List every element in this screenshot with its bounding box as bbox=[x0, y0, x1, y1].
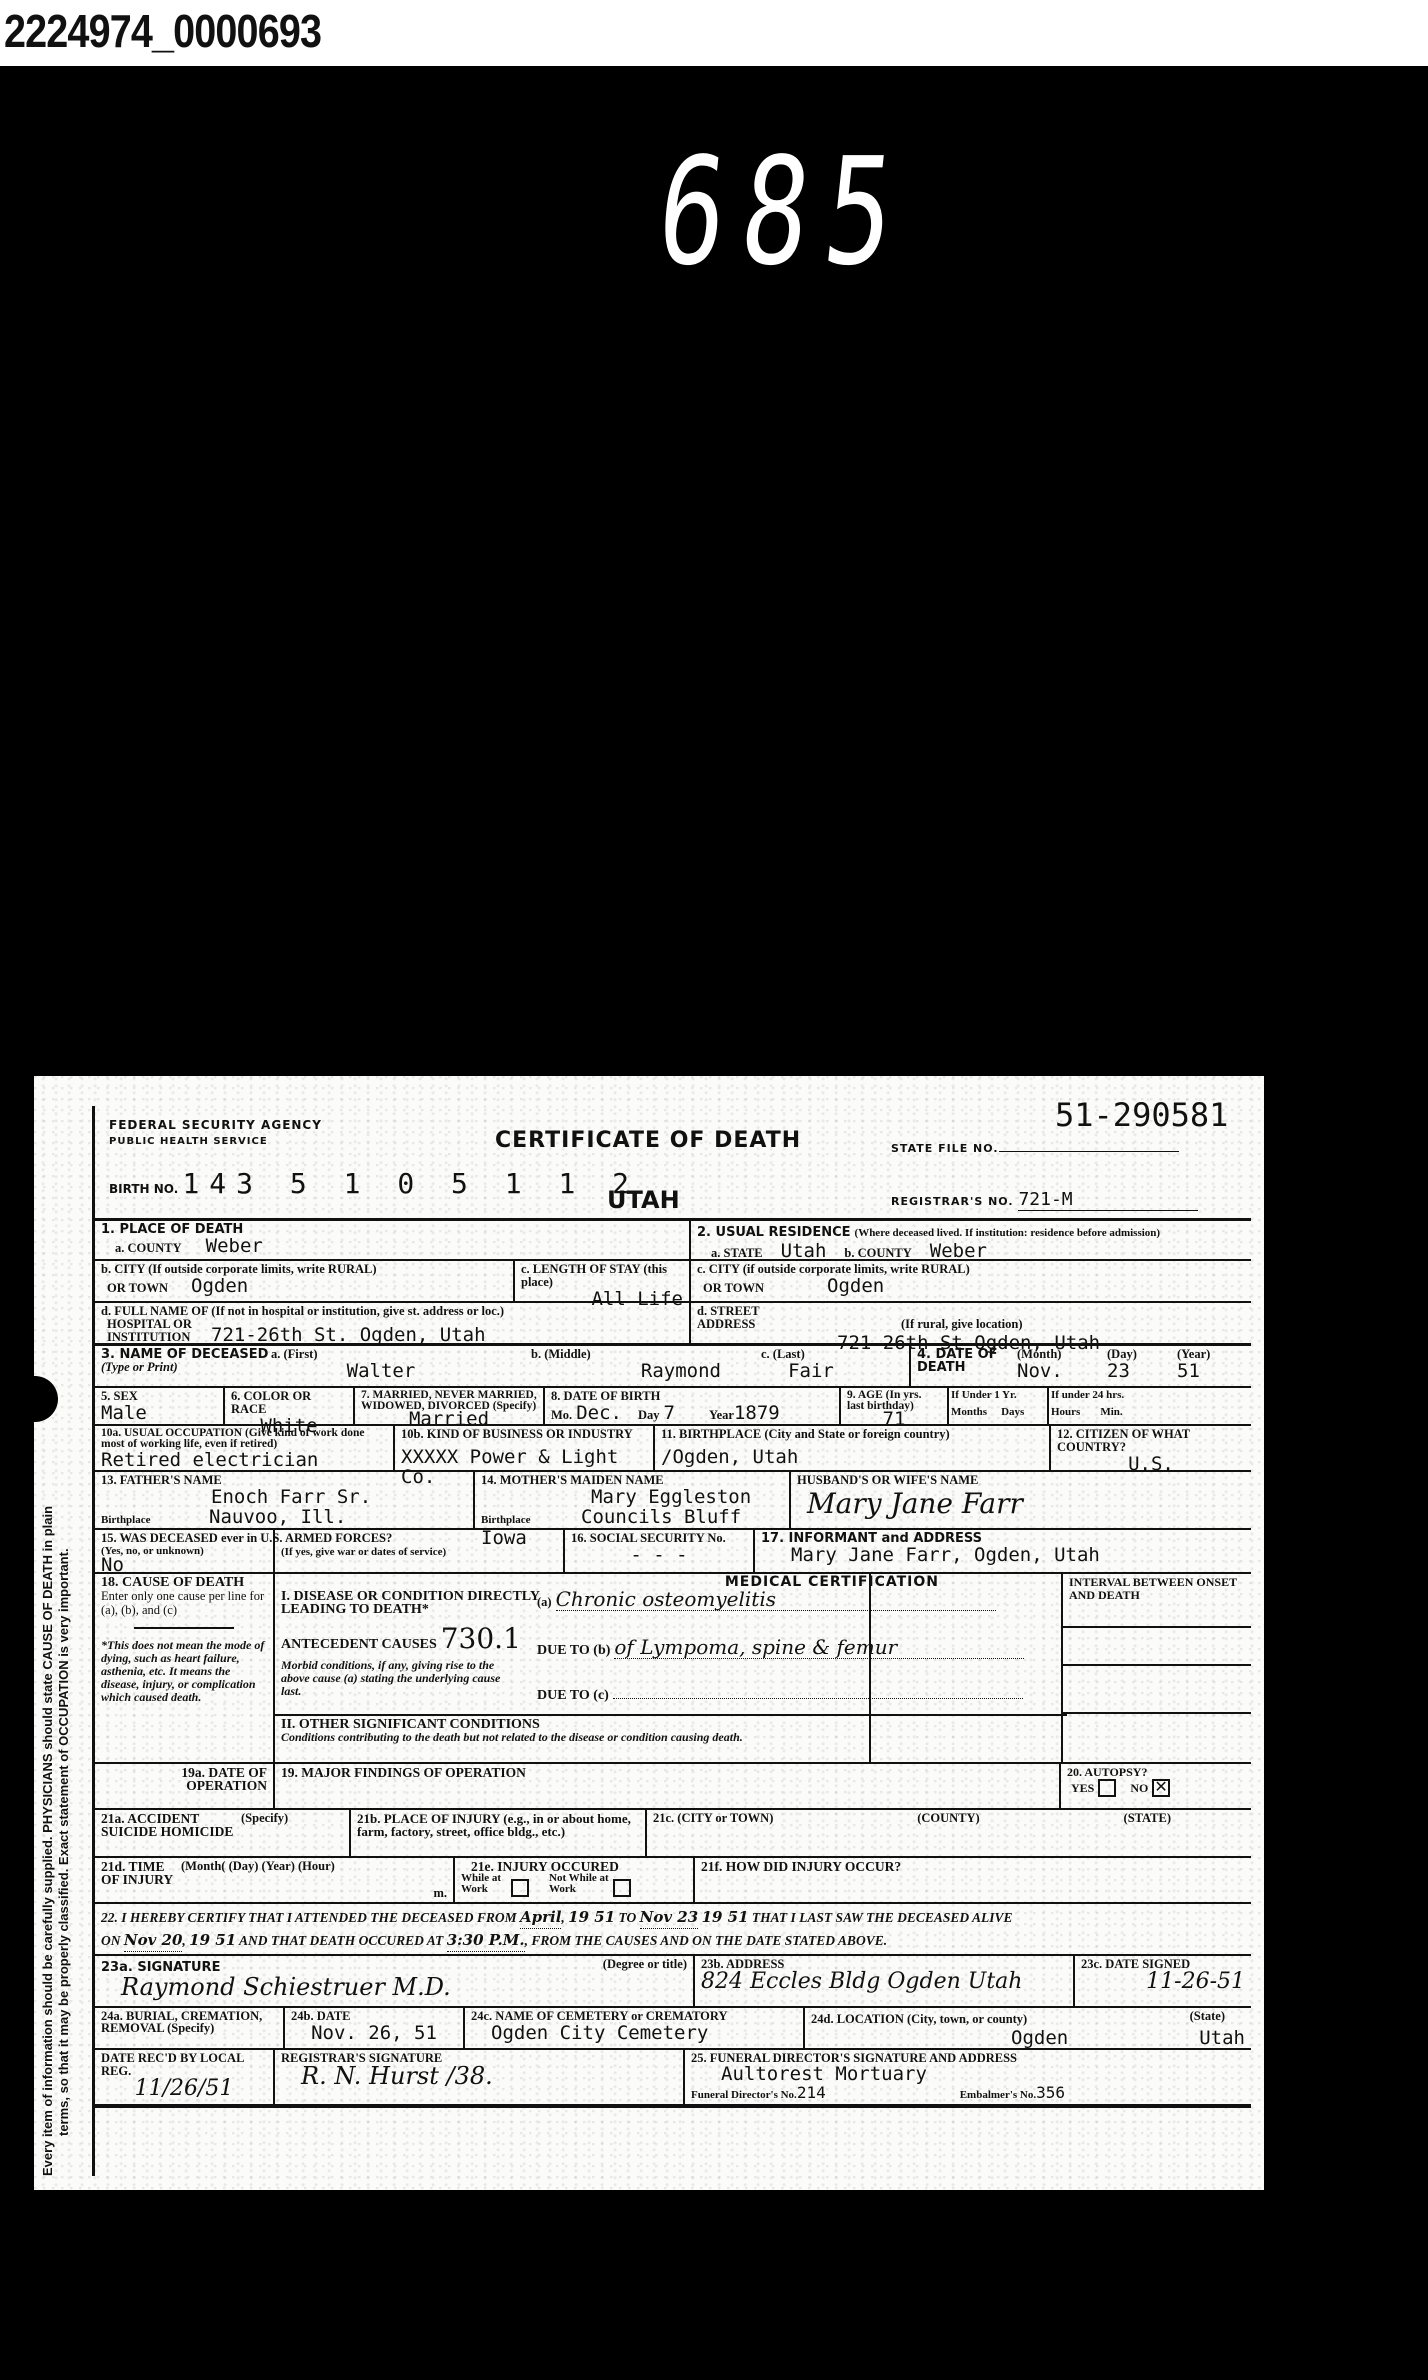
registrars-number: REGISTRAR'S NO. 721-M bbox=[891, 1190, 1198, 1211]
armed-forces-label: 15. WAS DECEASED ever in U.S. ARMED FORC… bbox=[101, 1532, 267, 1545]
birthplace-value: /Ogden, Utah bbox=[661, 1441, 1043, 1467]
registrar-signature: R. N. Hurst /38. bbox=[281, 2065, 677, 2087]
cause-code: 730.1 bbox=[441, 1622, 521, 1655]
agency-header: FEDERAL SECURITY AGENCY PUBLIC HEALTH SE… bbox=[109, 1118, 322, 1147]
father-name: Enoch Farr Sr. bbox=[101, 1487, 467, 1507]
residence-state-label: a. STATE bbox=[697, 1246, 763, 1260]
under-24-hours-label: If under 24 hrs. bbox=[1051, 1389, 1149, 1402]
burial-date: Nov. 26, 51 bbox=[291, 2023, 457, 2043]
citizenship-label: 12. CITIZEN OF WHAT COUNTRY? bbox=[1057, 1428, 1245, 1454]
service-dates-cell: (If yes, give war or dates of service) bbox=[275, 1530, 565, 1572]
father-birthplace: Nauvoo, Ill. bbox=[209, 1506, 346, 1528]
certify-statement-1: 22. I HEREBY CERTIFY THAT I ATTENDED THE… bbox=[101, 1910, 517, 1925]
hospital-name: 721-26th St. Ogden, Utah bbox=[211, 1324, 486, 1346]
autopsy-yes-checkbox[interactable] bbox=[1098, 1779, 1116, 1797]
cause-spacer bbox=[871, 1574, 1061, 1762]
last-name: Fair bbox=[721, 1361, 901, 1381]
citizenship-cell: 12. CITIZEN OF WHAT COUNTRY?U.S. bbox=[1051, 1426, 1251, 1470]
first-name: Walter bbox=[271, 1361, 491, 1381]
degree-label: (Degree or title) bbox=[603, 1958, 687, 1971]
days-label: Days bbox=[991, 1406, 1024, 1418]
service-name: PUBLIC HEALTH SERVICE bbox=[109, 1136, 322, 1147]
registrar-signature-cell: REGISTRAR'S SIGNATURE R. N. Hurst /38. bbox=[275, 2050, 685, 2104]
physician-address: 824 Eccles Bldg Ogden Utah bbox=[701, 1971, 1067, 1993]
physician-address-cell: 23b. ADDRESS 824 Eccles Bldg Ogden Utah bbox=[695, 1956, 1075, 2006]
last-seen-year: 19 51 bbox=[189, 1931, 236, 1949]
registrars-no-value: 721-M bbox=[1018, 1190, 1198, 1211]
burial-city: Ogden bbox=[811, 2027, 1068, 2049]
state-file-label: STATE FILE NO. bbox=[891, 1142, 999, 1155]
operation-date-cell: 19a. DATE OF OPERATION bbox=[95, 1764, 275, 1808]
cause-footnote: *This does not mean the mode of dying, s… bbox=[101, 1639, 267, 1704]
birth-month-label: Mo. bbox=[551, 1408, 572, 1422]
autopsy-no-label: NO bbox=[1124, 1781, 1148, 1795]
cause-b-label: DUE TO (b) bbox=[537, 1643, 610, 1658]
disease-condition-label: I. DISEASE OR CONDITION DIRECTLY LEADING… bbox=[281, 1590, 541, 1616]
mother-birthplace-label: Birthplace bbox=[481, 1514, 581, 1527]
time-of-injury-cell: 21d. TIME OF INJURY (Month( (Day) (Year)… bbox=[95, 1858, 455, 1902]
date-of-birth-cell: 8. DATE OF BIRTH Mo. Dec. Day 7 Year1879 bbox=[545, 1388, 841, 1424]
accident-type-label: 21a. ACCIDENT SUICIDE HOMICIDE bbox=[101, 1812, 241, 1854]
residence-city-cell: c. CITY (if outside corporate limits, wr… bbox=[691, 1261, 1251, 1301]
director-no: 214 bbox=[797, 2083, 826, 2102]
spouse-label: HUSBAND'S OR WIFE'S NAME bbox=[797, 1474, 1245, 1487]
race-label: 6. COLOR OR RACE bbox=[231, 1390, 347, 1416]
residence-city-sublabel: OR TOWN bbox=[697, 1282, 783, 1295]
place-of-injury-label: 21b. PLACE OF INJURY (e.g., in or about … bbox=[357, 1812, 639, 1838]
physician-signature-cell: 23a. SIGNATURE (Degree or title) Raymond… bbox=[95, 1956, 695, 2006]
deceased-name-cell: 3. NAME OF DECEASED (Type or Print) a. (… bbox=[95, 1346, 911, 1386]
cause-instructions-cell: 18. CAUSE OF DEATH Enter only one cause … bbox=[95, 1574, 275, 1762]
certify-statement-3: AND THAT DEATH OCCURED AT bbox=[239, 1933, 443, 1948]
death-city: Ogden bbox=[191, 1275, 248, 1297]
cause-instruction: Enter only one cause per line for (a), (… bbox=[101, 1589, 267, 1617]
death-city-label: b. CITY (If outside corporate limits, wr… bbox=[101, 1263, 507, 1276]
service-dates-label: (If yes, give war or dates of service) bbox=[281, 1532, 557, 1559]
injury-state-label: (STATE) bbox=[1124, 1812, 1171, 1854]
state-file-number: STATE FILE NO. bbox=[891, 1142, 1241, 1155]
months-label: Months bbox=[951, 1406, 987, 1418]
antecedent-causes-label: ANTECEDENT CAUSES bbox=[281, 1637, 437, 1652]
residence-city: Ogden bbox=[787, 1275, 884, 1297]
hours-label: Hours bbox=[1051, 1406, 1080, 1418]
length-of-stay-label: c. LENGTH OF STAY (this place) bbox=[521, 1263, 683, 1289]
birth-month: Dec. bbox=[576, 1402, 622, 1424]
street-note: (If rural, give location) bbox=[821, 1317, 1023, 1331]
cemetery-cell: 24c. NAME OF CEMETERY or CREMATORYOgden … bbox=[465, 2008, 805, 2048]
spouse-cell: HUSBAND'S OR WIFE'S NAME Mary Jane Farr bbox=[791, 1472, 1251, 1528]
residence-county: Weber bbox=[916, 1240, 987, 1262]
occupation-cell: 10a. USUAL OCCUPATION (Give kind of work… bbox=[95, 1426, 395, 1470]
medical-certification-cell: MEDICAL CERTIFICATION I. DISEASE OR COND… bbox=[275, 1574, 871, 1762]
death-city-sublabel: OR TOWN bbox=[101, 1282, 187, 1295]
date-of-death-cell: 4. DATE OF DEATH (Month)Nov. (Day)23 (Ye… bbox=[911, 1346, 1251, 1386]
length-of-stay-cell: c. LENGTH OF STAY (this place) All Life bbox=[515, 1261, 691, 1301]
side-note-line-1: Every item of information should be care… bbox=[40, 1506, 55, 2176]
how-injury-cell: 21f. HOW DID INJURY OCCUR? bbox=[695, 1858, 1251, 1902]
time-columns-label: (Month( (Day) (Year) (Hour) bbox=[181, 1860, 433, 1900]
occupation-value: Retired electrician bbox=[101, 1450, 387, 1470]
injury-city-label: 21c. (CITY or TOWN) bbox=[653, 1812, 773, 1854]
on-label: ON bbox=[101, 1933, 121, 1948]
state-name: UTAH bbox=[607, 1186, 680, 1214]
ssn-value: - - - bbox=[571, 1545, 747, 1565]
autopsy-yes-label: YES bbox=[1067, 1781, 1094, 1795]
race-cell: 6. COLOR OR RACEWhite bbox=[225, 1388, 355, 1424]
business-cell: 10b. KIND OF BUSINESS OR INDUSTRYXXXXX P… bbox=[395, 1426, 655, 1470]
morbid-conditions-note: Morbid conditions, if any, giving rise t… bbox=[281, 1659, 501, 1698]
date-received-label: DATE REC'D BY LOCAL REG. bbox=[101, 2052, 267, 2078]
age-cell: 9. AGE (In yrs. last birthday)71 bbox=[841, 1388, 949, 1424]
occupation-label: 10a. USUAL OCCUPATION (Give kind of work… bbox=[101, 1428, 387, 1450]
birthplace-cell: 11. BIRTHPLACE (City and State or foreig… bbox=[655, 1426, 1051, 1470]
time-of-death: 3:30 P.M. bbox=[447, 1929, 525, 1952]
injury-occurred-cell: 21e. INJURY OCCURED While at Work Not Wh… bbox=[455, 1858, 695, 1902]
frame-number: 685 bbox=[650, 126, 918, 298]
informant-value: Mary Jane Farr, Ogden, Utah bbox=[761, 1545, 1245, 1565]
armed-forces-value: No bbox=[101, 1558, 267, 1572]
sex-cell: 5. SEXMale bbox=[95, 1388, 225, 1424]
county-label: a. COUNTY bbox=[101, 1241, 182, 1255]
attended-to: Nov 23 bbox=[640, 1906, 699, 1929]
injury-location-cell: 21c. (CITY or TOWN) (COUNTY) (STATE) bbox=[647, 1810, 1251, 1856]
cause-of-death-label: 18. CAUSE OF DEATH bbox=[101, 1576, 267, 1589]
age-value: 71 bbox=[847, 1412, 941, 1426]
death-month: Nov. bbox=[1017, 1361, 1107, 1381]
operation-date-label: 19a. DATE OF OPERATION bbox=[101, 1766, 267, 1792]
date-signed: 11-26-51 bbox=[1081, 1971, 1245, 1993]
embalmer-no: 356 bbox=[1036, 2083, 1065, 2102]
marital-value: Married bbox=[361, 1412, 537, 1426]
age-under-24-cell: If under 24 hrs.Hours Min. bbox=[1049, 1388, 1151, 1424]
side-note-line-2: terms, so that it may be properly classi… bbox=[56, 1548, 71, 2176]
armed-forces-yesno-label: (Yes, no, or unknown) bbox=[101, 1545, 267, 1558]
interval-label: INTERVAL BETWEEN ONSET AND DEATH bbox=[1069, 1576, 1245, 1602]
date-received: 11/26/51 bbox=[101, 2078, 267, 2100]
birth-number: BIRTH NO. 143 5 1 0 5 1 1 2 bbox=[109, 1174, 639, 1196]
burial-state-label: (State) bbox=[1190, 2010, 1245, 2023]
birth-no-label: BIRTH NO. bbox=[109, 1182, 178, 1196]
to-label: TO bbox=[619, 1910, 637, 1925]
cause-a-label: (a) bbox=[537, 1595, 552, 1609]
certify-statement-4: FROM THE CAUSES AND ON THE DATE STATED A… bbox=[531, 1933, 887, 1948]
birth-day-label: Day bbox=[626, 1408, 660, 1422]
autopsy-cell: 20. AUTOPSY? YES NO bbox=[1061, 1764, 1251, 1808]
injury-county-label: (COUNTY) bbox=[917, 1812, 980, 1854]
autopsy-no-checkbox[interactable] bbox=[1152, 1779, 1170, 1797]
father-cell: 13. FATHER'S NAME Enoch Farr Sr. Birthpl… bbox=[95, 1472, 475, 1528]
accident-specify-label: (Specify) bbox=[241, 1812, 288, 1854]
place-of-injury-cell: 21b. PLACE OF INJURY (e.g., in or about … bbox=[351, 1810, 647, 1856]
accident-type-cell: 21a. ACCIDENT SUICIDE HOMICIDE (Specify) bbox=[95, 1810, 351, 1856]
under-1-year-label: If Under 1 Yr. bbox=[951, 1389, 1045, 1402]
birth-no-value: 143 5 1 0 5 1 1 2 bbox=[182, 1167, 639, 1200]
not-while-at-work-checkbox[interactable] bbox=[613, 1879, 631, 1897]
burial-location-label: 24d. LOCATION (City, town, or county) bbox=[811, 2012, 1027, 2026]
social-security-cell: 16. SOCIAL SECURITY No.- - - bbox=[565, 1530, 755, 1572]
form-grid: 1. PLACE OF DEATH a. COUNTY Weber 2. USU… bbox=[95, 1218, 1251, 2108]
last-seen-date: Nov 20 bbox=[124, 1929, 183, 1952]
not-while-at-work-label: Not While at Work bbox=[537, 1873, 609, 1895]
birth-year: 1879 bbox=[734, 1402, 780, 1424]
deceased-name-sublabel: (Type or Print) bbox=[101, 1360, 178, 1374]
hospital-cell: d. FULL NAME OF (If not in hospital or i… bbox=[95, 1303, 691, 1343]
death-certificate: Every item of information should be care… bbox=[34, 1076, 1264, 2190]
age-under-1-cell: If Under 1 Yr.Months Days bbox=[949, 1388, 1049, 1424]
burial-date-cell: 24b. DATENov. 26, 51 bbox=[285, 2008, 465, 2048]
place-of-death-county-cell: 1. PLACE OF DEATH a. COUNTY Weber bbox=[95, 1221, 691, 1259]
registrars-no-label: REGISTRAR'S NO. bbox=[891, 1195, 1014, 1208]
date-received-cell: DATE REC'D BY LOCAL REG. 11/26/51 bbox=[95, 2050, 275, 2104]
minutes-label: Min. bbox=[1084, 1406, 1122, 1418]
attended-to-year: 19 51 bbox=[702, 1908, 749, 1926]
physician-certification: 22. I HEREBY CERTIFY THAT I ATTENDED THE… bbox=[95, 1904, 1251, 1954]
date-signed-cell: 23c. DATE SIGNED 11-26-51 bbox=[1075, 1956, 1251, 2006]
residence-city-label: c. CITY (if outside corporate limits, wr… bbox=[697, 1263, 1245, 1276]
cemetery-name: Ogden City Cemetery bbox=[471, 2023, 797, 2043]
while-at-work-label: While at Work bbox=[461, 1873, 507, 1895]
usual-residence-label: 2. USUAL RESIDENCE bbox=[697, 1225, 851, 1240]
interval-cell: INTERVAL BETWEEN ONSET AND DEATH bbox=[1061, 1574, 1251, 1762]
physician-signature: Raymond Schiestruer M.D. bbox=[101, 1976, 687, 1998]
residence-state: Utah bbox=[767, 1240, 841, 1262]
death-day: 23 bbox=[1107, 1361, 1177, 1381]
birthplace-label: 11. BIRTHPLACE (City and State or foreig… bbox=[661, 1428, 1043, 1441]
how-injury-label: 21f. HOW DID INJURY OCCUR? bbox=[701, 1860, 1245, 1873]
agency-name: FEDERAL SECURITY AGENCY bbox=[109, 1118, 322, 1132]
image-id: 2224974_0000693 bbox=[4, 4, 321, 58]
image-id-band: 2224974_0000693 bbox=[0, 0, 1428, 66]
hospital-sublabel: HOSPITAL OR INSTITUTION bbox=[101, 1318, 207, 1344]
usual-residence-note: (Where deceased lived. If institution: r… bbox=[855, 1227, 1161, 1239]
time-of-injury-label: 21d. TIME OF INJURY bbox=[101, 1860, 181, 1900]
embalmer-no-label: Embalmer's No. bbox=[830, 2089, 1036, 2101]
death-county: Weber bbox=[186, 1235, 263, 1257]
attended-from-year: 19 51 bbox=[568, 1908, 615, 1926]
attended-from: April bbox=[520, 1906, 561, 1929]
operation-findings-cell: 19. MAJOR FINDINGS OF OPERATION bbox=[275, 1764, 1061, 1808]
mother-name: Mary Eggleston bbox=[481, 1487, 783, 1507]
time-meridiem-label: m. bbox=[433, 1887, 447, 1900]
sex-value: Male bbox=[101, 1403, 217, 1423]
operation-findings-label: 19. MAJOR FINDINGS OF OPERATION bbox=[281, 1766, 1053, 1779]
mother-cell: 14. MOTHER'S MAIDEN NAME Mary Eggleston … bbox=[475, 1472, 791, 1528]
side-instructions: Every item of information should be care… bbox=[40, 1176, 74, 2176]
marital-status-cell: 7. MARRIED, NEVER MARRIED, WIDOWED, DIVO… bbox=[355, 1388, 545, 1424]
certificate-title: CERTIFICATE OF DEATH bbox=[495, 1128, 801, 1153]
informant-cell: 17. INFORMANT and ADDRESSMary Jane Farr,… bbox=[755, 1530, 1251, 1572]
funeral-home: Aultorest Mortuary bbox=[691, 2065, 1245, 2083]
spouse-signature: Mary Jane Farr bbox=[797, 1487, 1245, 1515]
burial-location-cell: 24d. LOCATION (City, town, or county) (S… bbox=[805, 2008, 1251, 2048]
burial-state: Utah bbox=[1199, 2028, 1245, 2048]
funeral-director-cell: 25. FUNERAL DIRECTOR'S SIGNATURE AND ADD… bbox=[685, 2050, 1251, 2104]
usual-residence-cell: 2. USUAL RESIDENCE (Where deceased lived… bbox=[691, 1221, 1251, 1259]
middle-name: Raymond bbox=[491, 1361, 721, 1381]
business-label: 10b. KIND OF BUSINESS OR INDUSTRY bbox=[401, 1428, 647, 1441]
residence-county-label: b. COUNTY bbox=[844, 1246, 911, 1260]
date-of-death-label: 4. DATE OF DEATH bbox=[917, 1348, 1017, 1384]
street-address-cell: d. STREET ADDRESS (If rural, give locati… bbox=[691, 1303, 1251, 1343]
death-year: 51 bbox=[1177, 1361, 1237, 1381]
birth-year-label: Year bbox=[679, 1408, 734, 1422]
state-file-number-value: 51-290581 bbox=[1055, 1096, 1228, 1134]
certificate-form: FEDERAL SECURITY AGENCY PUBLIC HEALTH SE… bbox=[92, 1106, 1251, 2176]
citizenship-value: U.S. bbox=[1057, 1454, 1245, 1474]
burial-type-cell: 24a. BURIAL, CREMATION, REMOVAL (Specify… bbox=[95, 2008, 285, 2048]
street-label: d. STREET ADDRESS bbox=[697, 1305, 817, 1331]
director-no-label: Funeral Director's No. bbox=[691, 2089, 797, 2101]
burial-type-label: 24a. BURIAL, CREMATION, REMOVAL (Specify… bbox=[101, 2010, 277, 2034]
father-birthplace-label: Birthplace bbox=[101, 1514, 209, 1527]
while-at-work-checkbox[interactable] bbox=[511, 1879, 529, 1897]
birth-day: 7 bbox=[663, 1402, 674, 1424]
cause-c-label: DUE TO (c) bbox=[537, 1688, 609, 1703]
death-city-cell: b. CITY (If outside corporate limits, wr… bbox=[95, 1261, 515, 1301]
armed-forces-cell: 15. WAS DECEASED ever in U.S. ARMED FORC… bbox=[95, 1530, 275, 1572]
certify-statement-2: THAT I LAST SAW THE DECEASED ALIVE bbox=[752, 1910, 1013, 1925]
